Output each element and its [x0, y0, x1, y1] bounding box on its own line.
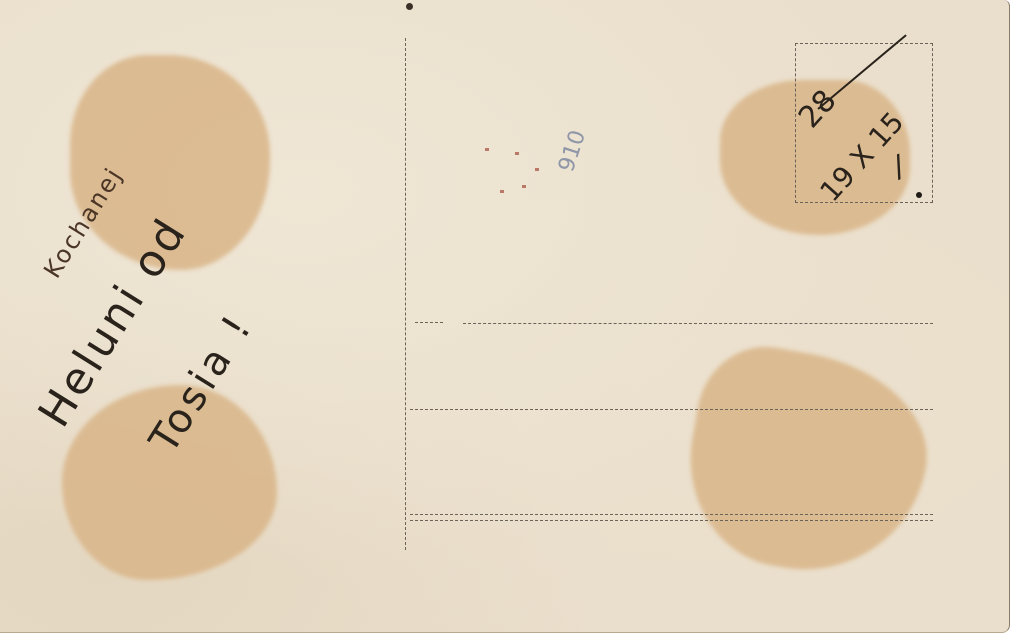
- address-line: [463, 323, 933, 324]
- address-line: [410, 409, 933, 410]
- red-speck: [485, 148, 489, 151]
- red-speck: [500, 190, 504, 193]
- pencil-note: 910: [554, 127, 591, 175]
- center-divider: [405, 38, 406, 550]
- ink-dot: [406, 3, 413, 10]
- ink-dot: [916, 192, 922, 198]
- red-speck: [522, 185, 526, 188]
- address-line: [410, 520, 933, 521]
- red-speck: [535, 168, 539, 171]
- red-speck: [515, 152, 519, 155]
- postcard-back: Kochanej Heluni od Tosia ! 28 19 X 15 / …: [0, 0, 1010, 633]
- stain: [673, 336, 942, 589]
- address-line: [410, 514, 933, 515]
- address-line: [415, 322, 443, 323]
